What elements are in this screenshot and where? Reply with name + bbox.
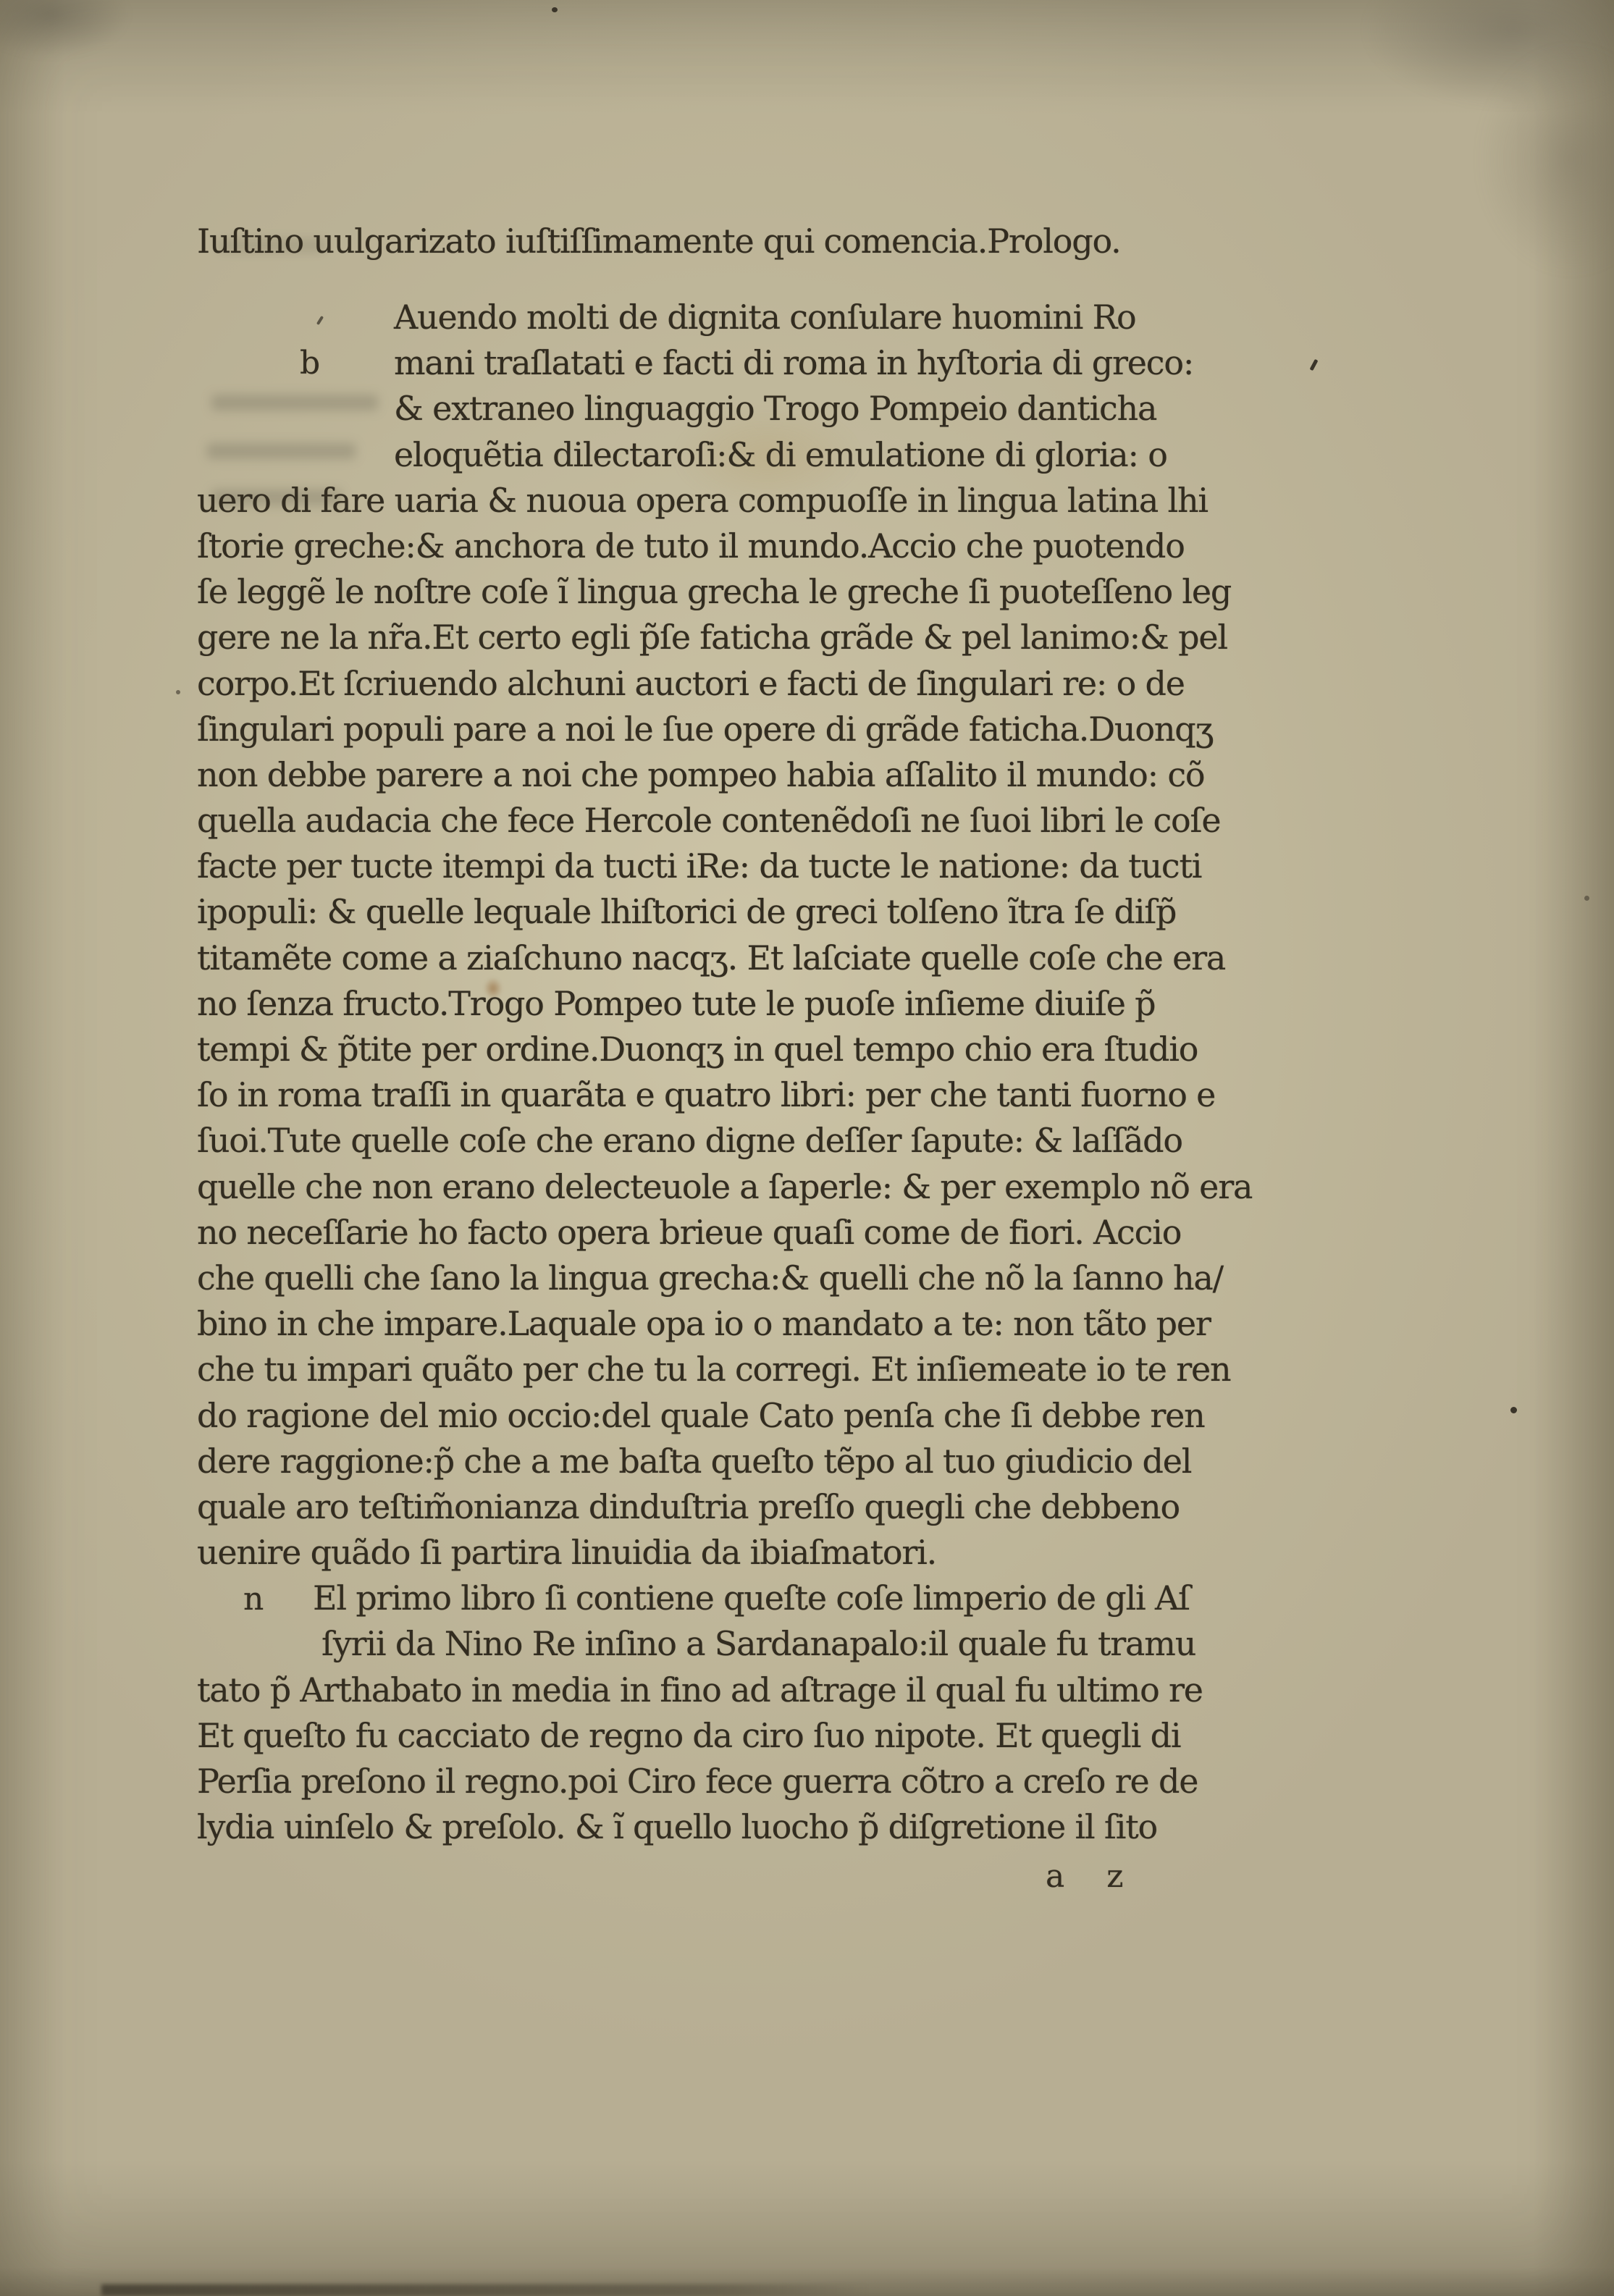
text-line: ſtorie greche:& anchora de tuto il mundo…: [197, 523, 1211, 569]
text-line: no neceſſarie ho facto opera brieue quaſ…: [197, 1210, 1211, 1256]
ink-speck: [1310, 359, 1319, 371]
text-line: titamẽte come a ziaſchuno nacqʒ. Et laſc…: [197, 935, 1211, 981]
paper-smudge: [0, 0, 130, 58]
ink-speck: [552, 7, 558, 12]
text-block: Auendo molti de dignita conſulare huomin…: [197, 295, 1211, 1850]
text-line: gere ne la nr̃a.Et certo egli p̃ſe fatic…: [197, 615, 1211, 660]
text-line: Auendo molti de dignita conſulare huomin…: [197, 295, 1211, 340]
text-line: mani traſlatati e facti di roma in hyſto…: [197, 340, 1211, 386]
text-line: Perſia preſono il regno.poi Ciro fece gu…: [197, 1759, 1211, 1804]
quire-signature-a: a: [1046, 1858, 1064, 1895]
text-line: che tu impari quãto per che tu la correg…: [197, 1347, 1211, 1392]
text-line: uenire quãdo ſi partira linuidia da ibia…: [197, 1530, 1211, 1576]
text-line: do ragione del mio occio:del quale Cato …: [197, 1393, 1211, 1439]
quire-signature: az: [1046, 1854, 1123, 1899]
text-line: tato p̃ Arthabato in media in fino ad aſ…: [197, 1668, 1211, 1713]
text-line: ſuoi.Tute quelle coſe che erano digne de…: [197, 1118, 1211, 1164]
text-line: quale aro teſtim̃onianza dinduſtria preſ…: [197, 1484, 1211, 1530]
text-line: ipopuli: & quelle lequale lhiſtorici de …: [197, 889, 1211, 935]
text-line: lydia uinſelo & preſolo. & ĩ quello luoc…: [197, 1804, 1211, 1850]
paper-smudge: [1361, 0, 1614, 109]
text-line: ſingulari populi pare a noi le ſue opere…: [197, 707, 1211, 752]
ink-speck: [1510, 1407, 1517, 1413]
text-line: eloquẽtia dilectaroſi:& di emulatione di…: [197, 432, 1211, 478]
text-line: facte per tucte itempi da tucti iRe: da …: [197, 844, 1211, 889]
text-line: & extraneo linguaggio Trogo Pompeio dant…: [197, 386, 1211, 432]
text-line: tempi & p̃tite per ordine.Duonqʒ in quel…: [197, 1027, 1211, 1072]
ink-speck: [1584, 896, 1589, 901]
text-line: ſo in roma traſſi in quarãta e quatro li…: [197, 1072, 1211, 1118]
text-line: ſyrii da Nino Re inſino a Sardanapalo:il…: [197, 1621, 1211, 1667]
text-line: El primo libro ſi contiene queſte coſe l…: [197, 1576, 1211, 1621]
text-line: ſe leggẽ le noſtre coſe ĩ lingua grecha …: [197, 569, 1211, 615]
text-line: uero di fare uaria & nuoua opera compuoſ…: [197, 478, 1211, 523]
text-line: corpo.Et ſcriuendo alchuni auctori e fac…: [197, 661, 1211, 707]
text-line: no ſenza fructo.Trogo Pompeo tute le puo…: [197, 981, 1211, 1027]
quire-signature-z: z: [1106, 1854, 1123, 1899]
text-line: quella audacia che fece Hercole contenẽd…: [197, 798, 1211, 844]
text-line: dere raggione:p̃ che a me baſta queſto t…: [197, 1439, 1211, 1484]
text-line: Et queſto fu cacciato de regno da ciro ſ…: [197, 1713, 1211, 1759]
page-heading: Iuſtino uulgarizato iuſtiſſimamente qui …: [197, 219, 1121, 264]
text-line: quelle che non erano delecteuole a ſaper…: [197, 1164, 1211, 1210]
text-line: che quelli che ſano la lingua grecha:& q…: [197, 1256, 1211, 1301]
text-line: bino in che impare.Laquale opa io o mand…: [197, 1301, 1211, 1347]
page-edge-shadow: [0, 2267, 1614, 2296]
ink-speck: [176, 690, 180, 694]
scanned-book-page: Iuſtino uulgarizato iuſtiſſimamente qui …: [0, 0, 1614, 2296]
paper-smudge: [1477, 43, 1614, 275]
text-line: non debbe parere a noi che pompeo habia …: [197, 752, 1211, 798]
